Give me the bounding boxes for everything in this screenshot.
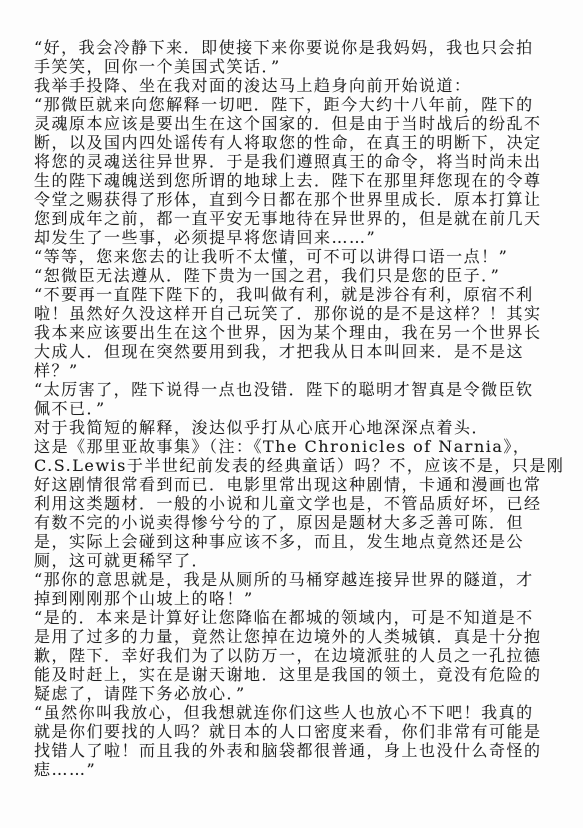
- text-line: 手笑笑，回你一个美国式笑话．”: [34, 57, 559, 76]
- text-line: 佩不已．”: [34, 399, 559, 418]
- text-line: 对于我简短的解释，浚达似乎打从心底开心地深深点着头．: [34, 418, 559, 437]
- text-line: C.S.Lewis于半世纪前发表的经典童话）吗？不，应该不是，只是刚: [34, 456, 559, 475]
- text-line: 好这剧情很常看到而已．电影里常出现这种剧情，卡通和漫画也常: [34, 475, 559, 494]
- text-line: 这是《那里亚故事集》（注：《The Chronicles of Narnia》，: [34, 437, 559, 456]
- text-line: 能及时赶上，实在是谢天谢地．这里是我国的领土，竟没有危险的: [34, 665, 559, 684]
- text-line: 是，实际上会碰到这种事应该不多，而且，发生地点竟然还是公: [34, 532, 559, 551]
- text-line: 是用了过多的力量，竟然让您掉在边境外的人类城镇．真是十分抱: [34, 627, 559, 646]
- text-line: 就是你们要找的人吗？就日本的人口密度来看，你们非常有可能是: [34, 722, 559, 741]
- text-line: 利用这类题材．一般的小说和儿童文学也是，不管品质好坏，已经: [34, 494, 559, 513]
- text-line: 灵魂原本应该是要出生在这个国家的．但是由于当时战后的纷乱不: [34, 114, 559, 133]
- text-line: “那你的意思就是，我是从厕所的马桶穿越连接异世界的隧道，才: [34, 570, 559, 589]
- text-line: 有数不完的小说卖得惨兮兮的了，原因是题材大多乏善可陈．但: [34, 513, 559, 532]
- text-line: 大成人．但现在突然要用到我，才把我从日本叫回来．是不是这: [34, 342, 559, 361]
- novel-page: “好，我会冷静下来．即使接下来你要说你是我妈妈，我也只会拍手笑笑，回你一个美国式…: [0, 0, 583, 828]
- text-line: 痣……”: [34, 760, 559, 779]
- text-line: 我举手投降、坐在我对面的浚达马上趋身向前开始说道：: [34, 76, 559, 95]
- text-line: 啦！虽然好久没这样开自己玩笑了．那你说的是不是这样？！其实: [34, 304, 559, 323]
- text-line: 掉到刚刚那个山坡上的咯！”: [34, 589, 559, 608]
- novel-text-block: “好，我会冷静下来．即使接下来你要说你是我妈妈，我也只会拍手笑笑，回你一个美国式…: [34, 38, 559, 779]
- text-line: 疑虑了，请陛下务必放心．”: [34, 684, 559, 703]
- text-line: “好，我会冷静下来．即使接下来你要说你是我妈妈，我也只会拍: [34, 38, 559, 57]
- text-line: “等等，您来您去的让我听不太懂，可不可以讲得口语一点！”: [34, 247, 559, 266]
- text-line: “恕微臣无法遵从．陛下贵为一国之君，我们只是您的臣子．”: [34, 266, 559, 285]
- text-line: “太厉害了，陛下说得一点也没错．陛下的聪明才智真是令微臣钦: [34, 380, 559, 399]
- text-line: 找错人了啦！而且我的外表和脑袋都很普通，身上也没什么奇怪的: [34, 741, 559, 760]
- text-line: 我本来应该要出生在这个世界，因为某个理由，我在另一个世界长: [34, 323, 559, 342]
- text-line: 生的陛下魂魄送到您所谓的地球上去．陛下在那里拜您现在的令尊: [34, 171, 559, 190]
- text-line: 您到成年之前，都一直平安无事地待在异世界的，但是就在前几天: [34, 209, 559, 228]
- text-line: 却发生了一些事，必须提早将您请回来……”: [34, 228, 559, 247]
- text-line: “那微臣就来向您解释一切吧．陛下，距今大约十八年前，陛下的: [34, 95, 559, 114]
- text-line: “虽然你叫我放心，但我想就连你们这些人也放心不下吧！我真的: [34, 703, 559, 722]
- text-line: 厕，这可就更稀罕了．: [34, 551, 559, 570]
- text-line: “是的．本来是计算好让您降临在都城的领域内，可是不知道是不: [34, 608, 559, 627]
- text-line: 将您的灵魂送往异世界．于是我们遵照真王的命令，将当时尚未出: [34, 152, 559, 171]
- text-line: 歉，陛下．幸好我们为了以防万一，在边境派驻的人员之一孔拉德: [34, 646, 559, 665]
- text-line: “不要再一直陛下陛下的，我叫做有利，就是涉谷有利，原宿不利: [34, 285, 559, 304]
- text-line: 样？”: [34, 361, 559, 380]
- text-line: 令堂之赐获得了形体，直到今日都在那个世界里成长．原本打算让: [34, 190, 559, 209]
- text-line: 断，以及国内四处谣传有人将取您的性命，在真王的明断下，决定: [34, 133, 559, 152]
